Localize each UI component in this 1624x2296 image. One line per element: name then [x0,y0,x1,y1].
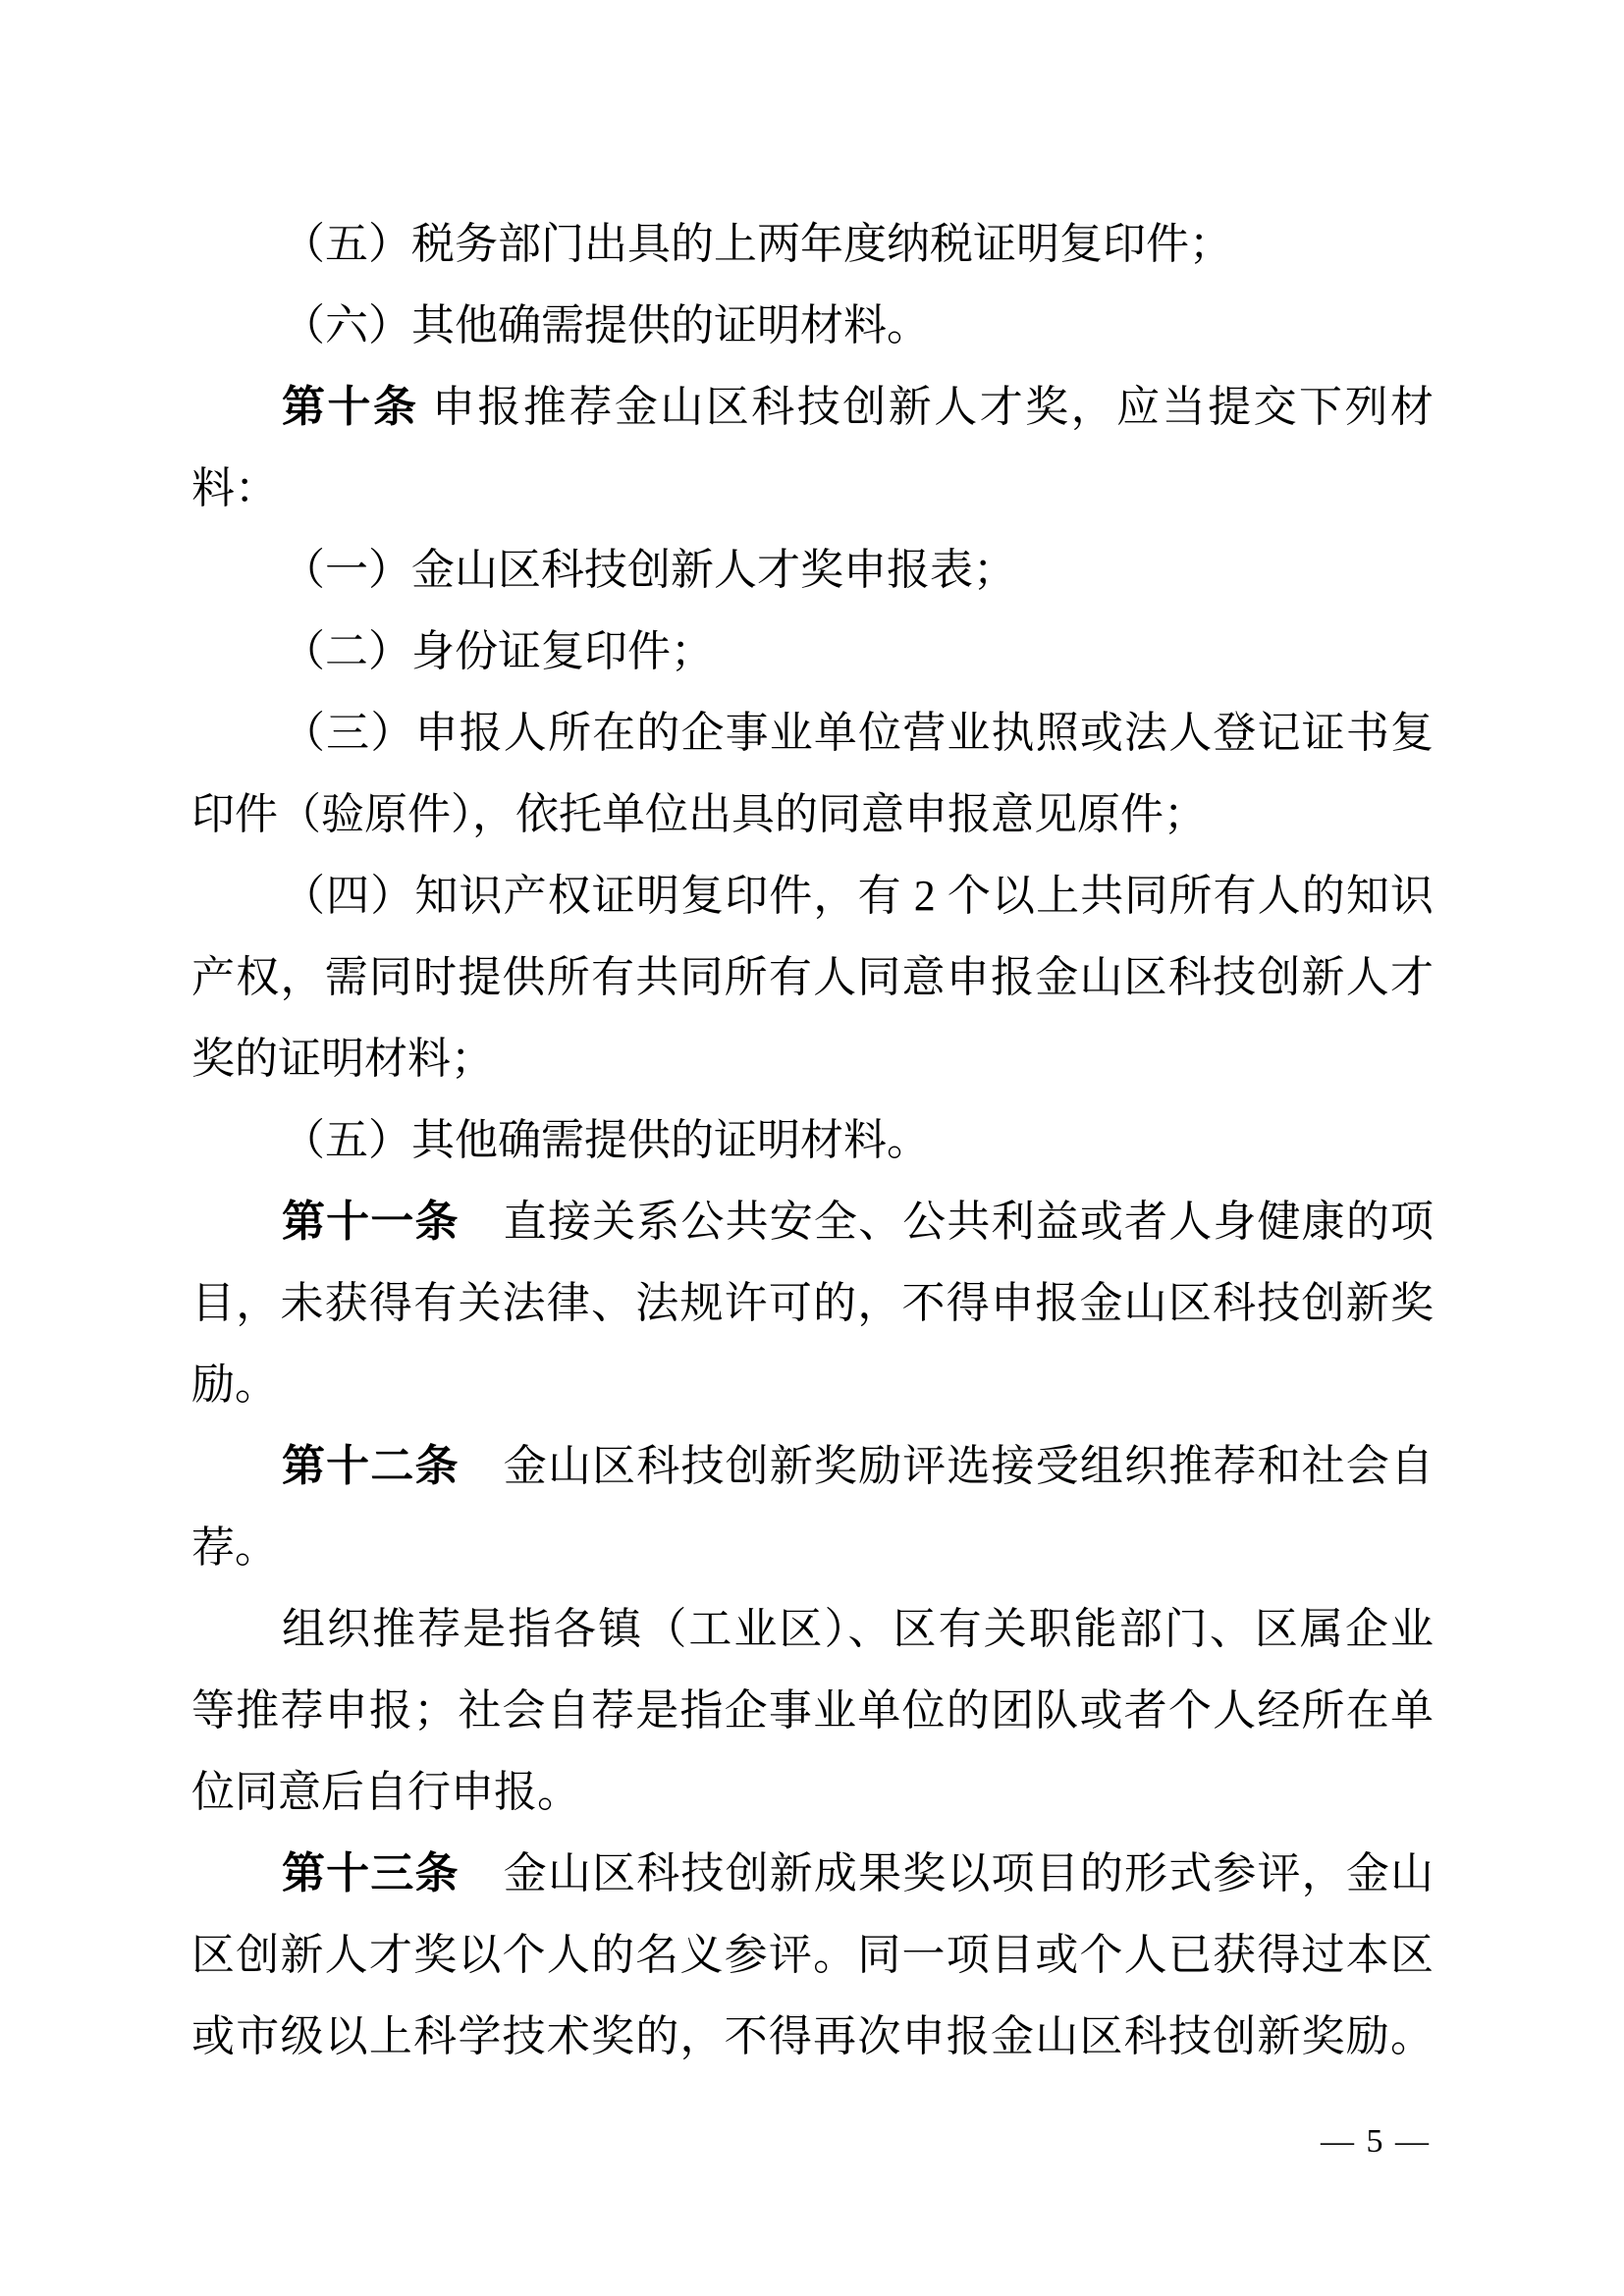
document-line: 或市级以上科学技术奖的，不得再次申报金山区科技创新奖励。 [191,1996,1434,2077]
document-line: 组织推荐是指各镇（工业区）、区有关职能部门、区属企业 [191,1588,1434,1670]
article-body-text: 金山区科技创新成果奖以项目的形式参评，金山 [460,1849,1434,1897]
document-line: 料： [191,448,1434,529]
article-body-text: 申报推荐金山区科技创新人才奖，应当提交下列材 [418,383,1434,431]
document-line: （一）金山区科技创新人才奖申报表； [191,529,1434,611]
document-line: 区创新人才奖以个人的名义参评。同一项目或个人已获得过本区 [191,1914,1434,1996]
document-line: 第十条 申报推荐金山区科技创新人才奖，应当提交下列材 [191,366,1434,448]
document-page: （五）税务部门出具的上两年度纳税证明复印件； （六）其他确需提供的证明材料。 第… [0,0,1624,2296]
document-line: （五）其他确需提供的证明材料。 [191,1099,1434,1181]
article-body-text: 金山区科技创新奖励评选接受组织推荐和社会自 [460,1442,1434,1490]
document-line: 第十三条 金山区科技创新成果奖以项目的形式参评，金山 [191,1833,1434,1914]
document-text-block: （五）税务部门出具的上两年度纳税证明复印件； （六）其他确需提供的证明材料。 第… [191,203,1434,2077]
document-line: 印件（验原件），依托单位出具的同意申报意见原件； [191,774,1434,855]
document-line: （五）税务部门出具的上两年度纳税证明复印件； [191,203,1434,285]
document-line: 荐。 [191,1507,1434,1588]
page-number: — 5 — [1321,2116,1431,2167]
article-heading: 第十条 [282,383,418,431]
article-heading: 第十三条 [282,1849,460,1897]
document-line: 目，未获得有关法律、法规许可的，不得申报金山区科技创新奖 [191,1262,1434,1344]
article-heading: 第十一条 [282,1198,460,1246]
document-line: 第十二条 金山区科技创新奖励评选接受组织推荐和社会自 [191,1425,1434,1507]
article-heading: 第十二条 [282,1442,460,1490]
document-line: 产权，需同时提供所有共同所有人同意申报金山区科技创新人才 [191,936,1434,1018]
document-line: 第十一条 直接关系公共安全、公共利益或者人身健康的项 [191,1181,1434,1262]
document-line: （六）其他确需提供的证明材料。 [191,285,1434,366]
document-line: 奖的证明材料； [191,1018,1434,1099]
document-line: 位同意后自行申报。 [191,1751,1434,1833]
document-line: 等推荐申报；社会自荐是指企事业单位的团队或者个人经所在单 [191,1670,1434,1751]
document-line: （三）申报人所在的企事业单位营业执照或法人登记证书复 [191,692,1434,774]
article-body-text: 直接关系公共安全、公共利益或者人身健康的项 [460,1198,1434,1246]
document-line: （四）知识产权证明复印件，有 2 个以上共同所有人的知识 [191,855,1434,936]
document-line: 励。 [191,1344,1434,1425]
document-line: （二）身份证复印件； [191,611,1434,692]
